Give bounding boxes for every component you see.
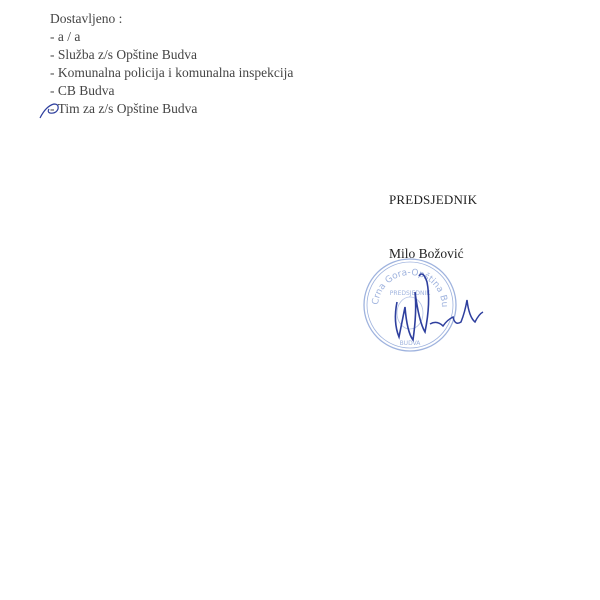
- signatory-title: PREDSJEDNIK: [389, 192, 477, 208]
- handwritten-check-mark-icon: [38, 100, 60, 120]
- distribution-list: Dostavljeno : - a / a - Služba z/s Opšti…: [50, 10, 293, 118]
- handwritten-signature-icon: [375, 262, 490, 352]
- distribution-item: - Komunalna policija i komunalna inspekc…: [50, 64, 293, 82]
- distribution-heading: Dostavljeno :: [50, 10, 293, 28]
- distribution-item: - Služba z/s Opštine Budva: [50, 46, 293, 64]
- distribution-item: - CB Budva: [50, 82, 293, 100]
- distribution-item: - a / a: [50, 28, 293, 46]
- distribution-item: - Tim za z/s Opštine Budva: [50, 100, 293, 118]
